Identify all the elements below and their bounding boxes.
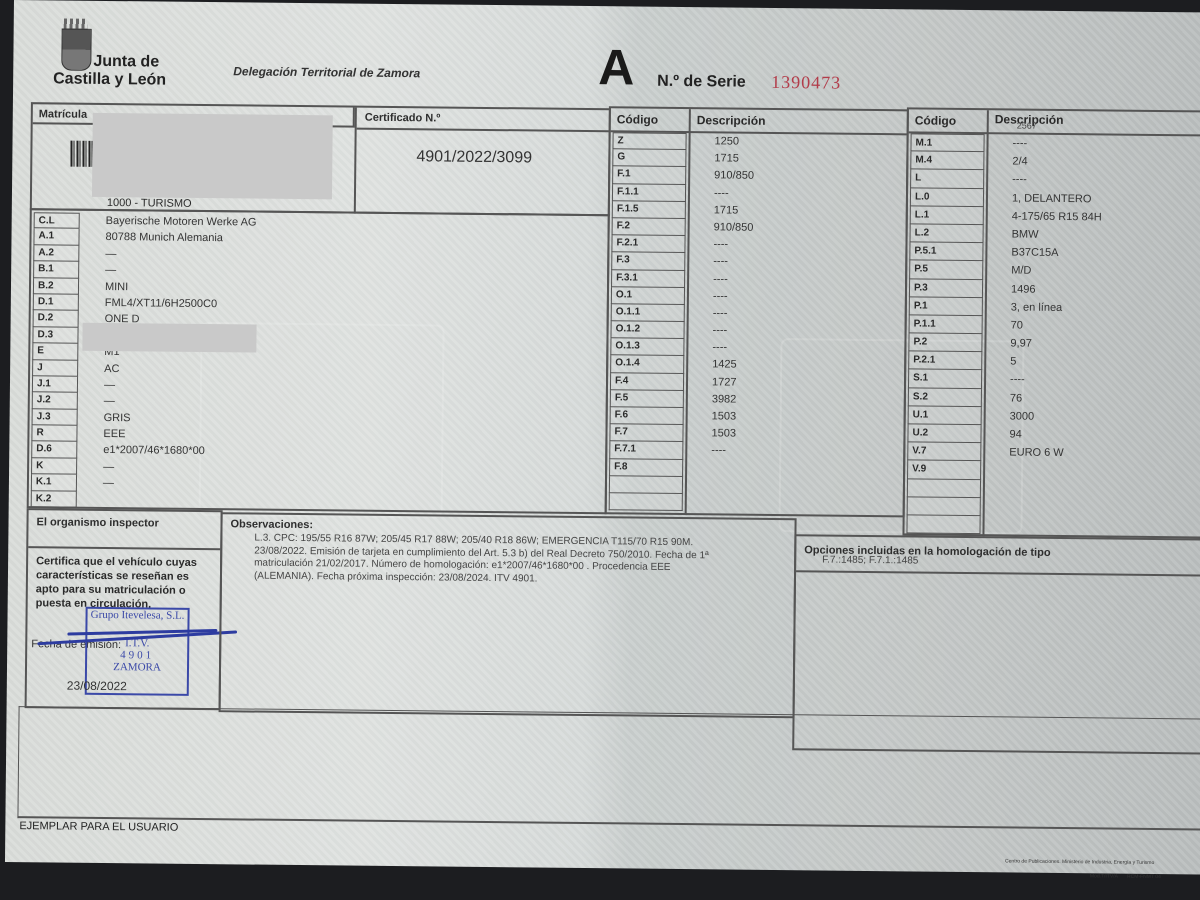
- left_fields-code-cell: K: [31, 458, 77, 475]
- mid_table.rows-code-cell: O.1: [611, 287, 685, 305]
- mid_table.rows-value: ----: [712, 322, 752, 340]
- mid_table.rows-value: 910/850: [714, 219, 754, 237]
- mid_table.rows-value: ----: [711, 443, 751, 461]
- mid_table.rows-value: 1250: [714, 133, 754, 151]
- left_fields-code-cell: J.2: [32, 393, 78, 410]
- mid_table.rows-value: ----: [713, 305, 753, 323]
- right_table.rows-code-cell: P.5.1: [909, 243, 983, 262]
- right_table.rows-code-cell: P.3: [909, 279, 983, 298]
- left_fields-value: 80788 Munich Alemania: [105, 229, 256, 247]
- left_fields-value: —: [105, 262, 256, 280]
- matricula-certificado-block: Matrícula Certificado N.º 1000 - TURISMO…: [30, 102, 611, 216]
- mid_table.rows-code-cell: F.2: [612, 218, 686, 236]
- right_table.rows-value: 70: [1011, 316, 1101, 335]
- right_table.rows-value: 3, en línea: [1011, 298, 1101, 317]
- mid_table.rows-code-cell: O.1.1: [611, 304, 685, 322]
- left_fields-code-cell: D.2: [33, 311, 79, 328]
- fnmt-ref: RCM-FNMT 04: [1127, 874, 1161, 880]
- mid_table.rows-code-cell: F.4: [610, 373, 684, 391]
- left_fields-value: [103, 492, 254, 510]
- left_fields-value: MINI: [105, 279, 256, 297]
- left_fields-code-cell: K.1: [31, 474, 77, 491]
- coat-of-arms-icon: [61, 29, 91, 71]
- right_table.rows-value: 3000: [1010, 407, 1100, 426]
- mid-code-header: Código: [617, 112, 658, 126]
- mid_table.rows-value: 1503: [712, 408, 752, 426]
- observations-label: Observaciones:: [230, 518, 313, 531]
- serial-label: N.º de Serie: [657, 73, 746, 92]
- left_fields-code-cell: J.1: [32, 376, 78, 393]
- mid_table.rows-value: ----: [713, 288, 753, 306]
- right_table.rows-code-cell: U.1: [908, 406, 982, 425]
- left_fields-value: —: [104, 393, 255, 411]
- mid_table.rows-code-cell: [609, 493, 683, 511]
- vehicle-category: 1000 - TURISMO: [107, 197, 192, 210]
- serial-number: 1390473: [771, 72, 841, 94]
- left_fields-value: —: [103, 475, 254, 493]
- mid_table.rows-value: 1727: [712, 374, 752, 392]
- left_fields-value: —: [105, 246, 256, 264]
- left_fields-code-cell: J.3: [32, 409, 78, 426]
- model-ref: Mod.T/ITV/A RCM-FNMT 04: [1090, 873, 1161, 880]
- mid_table.rows-value: 1715: [714, 202, 754, 220]
- mid-code-column: ZGF.1F.1.1F.1.5F.2F.2.1F.3F.3.1O.1O.1.1O…: [609, 132, 687, 511]
- right_table.rows-code-cell: V.9: [907, 461, 981, 480]
- right_table.rows-value: 2/4: [1012, 153, 1102, 172]
- stamp-city: ZAMORA: [87, 661, 187, 674]
- mid_table.rows-code-cell: F.1: [612, 167, 686, 185]
- right_table.rows-code-cell: L.2: [910, 224, 984, 243]
- observations-text: L.3. CPC: 195/55 R16 87W; 205/45 R17 88W…: [254, 533, 709, 588]
- right_table.rows-value: 1496: [1011, 280, 1101, 299]
- left_fields-value: Bayerische Motoren Werke AG: [106, 213, 257, 231]
- right_table.rows-code-cell: U.2: [907, 424, 981, 443]
- mid_table.rows-value: [711, 477, 751, 495]
- certificate-number: 4901/2022/3099: [416, 148, 532, 167]
- vehicle-fields-block: C.LA.1A.2B.1B.2D.1D.2D.3EJJ.1J.2J.3RD.6K…: [27, 208, 610, 514]
- org-name-line1: Junta de: [93, 53, 159, 72]
- right_table.rows-code-cell: P.5: [909, 261, 983, 280]
- right_table.rows-value: ----: [1010, 371, 1100, 390]
- left_fields-code-cell: B.1: [33, 261, 79, 278]
- observations-block: Observaciones: L.3. CPC: 195/55 R16 87W;…: [219, 512, 797, 718]
- right_table.rows-value: EURO 6 W: [1009, 444, 1099, 463]
- form-letter: A: [598, 42, 635, 92]
- left-code-column: C.LA.1A.2B.1B.2D.1D.2D.3EJJ.1J.2J.3RD.6K…: [31, 212, 80, 507]
- mid_table.rows-value: [711, 494, 751, 512]
- right_table.rows-value: B37C15A: [1011, 244, 1101, 263]
- right_table.rows-code-cell: P.2: [908, 333, 982, 352]
- inspector-label: El organismo inspector: [36, 516, 158, 529]
- issue-date: 23/08/2022: [67, 679, 127, 694]
- right_table.rows-value: 1, DELANTERO: [1012, 189, 1102, 208]
- left_fields-code-cell: K.2: [31, 491, 77, 508]
- mid_table.rows-code-cell: F.7: [609, 424, 683, 442]
- right_table.rows-value: [1008, 516, 1098, 535]
- junta-logo: Junta de Castilla y León: [53, 18, 204, 90]
- certificado-label: Certificado N.º: [365, 112, 441, 125]
- mid_table.rows-value: ----: [713, 271, 753, 289]
- left_fields-value: AC: [104, 360, 255, 378]
- left_fields-code-cell: R: [31, 425, 77, 442]
- model-code: Mod.T/ITV/A: [1090, 873, 1118, 879]
- mid_table.rows-code-cell: F.1.1: [612, 184, 686, 202]
- mid_table.rows-code-cell: F.2.1: [611, 235, 685, 253]
- right_table.rows-code-cell: P.2.1: [908, 352, 982, 371]
- stamp-company: Grupo Itevelesa, S.L.: [88, 609, 188, 622]
- left_fields-value: FML4/XT11/6H2500C0: [105, 295, 256, 313]
- redacted-field: [82, 323, 256, 353]
- options-value: F.7.:1485; F.7.1.:1485: [822, 554, 918, 566]
- inspector-block: El organismo inspector Certifica que el …: [25, 508, 223, 710]
- right_table.rows-code-cell: L.1: [910, 206, 984, 225]
- mid_table.rows-code-cell: F.3.1: [611, 270, 685, 288]
- mid_table.rows-value: 1715: [714, 151, 754, 169]
- barcode-icon: [70, 141, 92, 167]
- left_fields-code-cell: E: [32, 343, 78, 360]
- right_table.rows-value: ----: [1012, 171, 1102, 190]
- right_table.rows-value: 5: [1010, 353, 1100, 372]
- mid_table.rows-value: 3982: [712, 391, 752, 409]
- mid_table.rows-code-cell: F.3: [611, 253, 685, 271]
- right_table.rows-code-cell: S.1: [908, 370, 982, 389]
- matricula-label: Matrícula: [39, 108, 87, 121]
- certification-text: Certifica que el vehículo cuyas caracter…: [36, 554, 213, 612]
- right_table.rows-value: M/D: [1011, 262, 1101, 281]
- blank-area: [17, 706, 1200, 831]
- mid-value-column: 12501715910/850----1715910/850----------…: [711, 133, 755, 512]
- mid_table.rows-value: 1425: [712, 357, 752, 375]
- left_fields-code-cell: J: [32, 360, 78, 377]
- right_table.rows-value: BMW: [1012, 225, 1102, 244]
- mid_table.rows-code-cell: F.5: [610, 390, 684, 408]
- right_table.rows-code-cell: M.4: [910, 152, 984, 171]
- left_fields-code-cell: A.1: [33, 229, 79, 246]
- left_fields-code-cell: D.6: [31, 442, 77, 459]
- right_table.rows-code-cell: L: [910, 170, 984, 189]
- right-value-column: ----2/4----1, DELANTERO4-175/65 R15 84HB…: [1008, 134, 1102, 535]
- left_fields-value: —: [103, 459, 254, 477]
- mass-dimensions-table: Código Descripción ZGF.1F.1.1F.1.5F.2F.2…: [605, 106, 909, 517]
- engine-tyres-table: Código Descripción 2567 M.1M.4LL.0L.1L.2…: [902, 107, 1200, 538]
- mid_table.rows-value: 910/850: [714, 168, 754, 186]
- left_fields-value: EEE: [103, 426, 254, 444]
- left_fields-value: —: [104, 377, 255, 395]
- mid_table.rows-code-cell: Z: [612, 132, 686, 150]
- right_table.rows-code-cell: P.1.1: [909, 315, 983, 334]
- mid_table.rows-value: [711, 460, 751, 478]
- left_fields-value: e1*2007/46*1680*00: [103, 442, 254, 460]
- mid-desc-header: Descripción: [697, 113, 766, 128]
- redacted-plate: [92, 113, 333, 200]
- mid_table.rows-code-cell: O.1.2: [610, 321, 684, 339]
- mid_table.rows-code-cell: F.1.5: [612, 201, 686, 219]
- right_table.rows-value: 4-175/65 R15 84H: [1012, 207, 1102, 226]
- right_table.rows-code-cell: S.2: [908, 388, 982, 407]
- right_table.rows-code-cell: L.0: [910, 188, 984, 207]
- publisher-text: Centro de Publicaciones. Ministerio de I…: [1005, 858, 1154, 866]
- right_table.rows-value: 9,97: [1010, 335, 1100, 354]
- mid_table.rows-code-cell: O.1.3: [610, 339, 684, 357]
- mid_table.rows-value: ----: [713, 254, 753, 272]
- right_table.rows-value: [1009, 480, 1099, 499]
- right-code-column: M.1M.4LL.0L.1L.2P.5.1P.5P.3P.1P.1.1P.2P.…: [906, 133, 984, 534]
- mid_table.rows-value: ----: [712, 340, 752, 358]
- mid_table.rows-value: 1503: [711, 426, 751, 444]
- mid_table.rows-value: ----: [713, 236, 753, 254]
- right-code-header: Código: [915, 113, 956, 127]
- org-name-line2: Castilla y León: [53, 70, 166, 89]
- right_table.rows-code-cell: [907, 497, 981, 516]
- right_table.rows-value: [1009, 462, 1099, 481]
- left_fields-code-cell: B.2: [33, 278, 79, 295]
- right_table.rows-code-cell: [907, 479, 981, 498]
- left_fields-code-cell: C.L: [34, 212, 80, 229]
- copy-label: EJEMPLAR PARA EL USUARIO: [19, 820, 178, 834]
- left-value-column: Bayerische Motoren Werke AG80788 Munich …: [103, 213, 257, 510]
- right_table.rows-code-cell: V.7: [907, 443, 981, 462]
- delegation-title: Delegación Territorial de Zamora: [233, 64, 420, 80]
- right_table.rows-code-cell: P.1: [909, 297, 983, 316]
- left_fields-code-cell: D.1: [33, 294, 79, 311]
- mid_table.rows-code-cell: G: [612, 149, 686, 167]
- mid_table.rows-code-cell: [609, 476, 683, 494]
- right_table.rows-value: ----: [1012, 134, 1102, 153]
- mid_table.rows-code-cell: F.6: [610, 407, 684, 425]
- mid_table.rows-code-cell: F.7.1: [609, 442, 683, 460]
- stamp-number: 4901: [87, 649, 187, 662]
- right_table.rows-value: 94: [1009, 425, 1099, 444]
- overprint-value: 2567: [1017, 121, 1037, 131]
- vehicle-inspection-card: Junta de Castilla y León Delegación Terr…: [5, 0, 1200, 875]
- left_fields-code-cell: A.2: [33, 245, 79, 262]
- right_table.rows-code-cell: [906, 515, 980, 534]
- right_table.rows-value: 76: [1010, 389, 1100, 408]
- mid_table.rows-value: ----: [714, 185, 754, 203]
- left_fields-code-cell: D.3: [32, 327, 78, 344]
- right_table.rows-value: [1009, 498, 1099, 517]
- left_fields-value: GRIS: [104, 410, 255, 428]
- mid_table.rows-code-cell: O.1.4: [610, 356, 684, 374]
- mid_table.rows-code-cell: F.8: [609, 459, 683, 477]
- right_table.rows-code-cell: M.1: [910, 133, 984, 152]
